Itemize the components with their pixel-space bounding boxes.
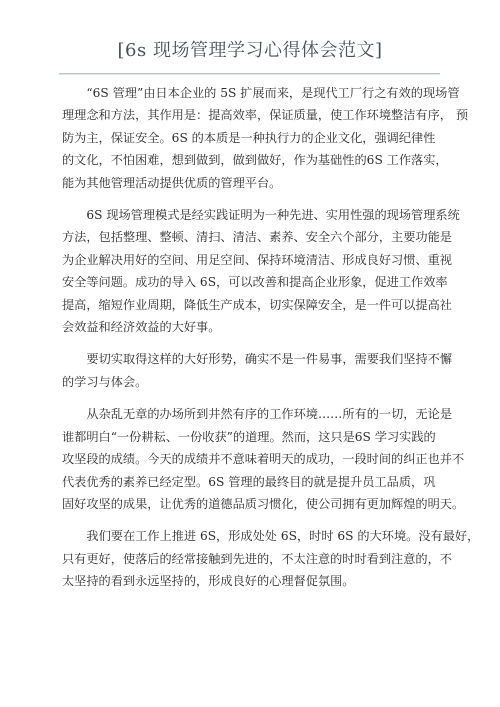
paragraph-line: 理理念和方法，其作用是：提高效率，保证质量，使工作环境整洁有序， 预 [62, 104, 462, 126]
paragraph-1: “6S 管理”由日本企业的 5S 扩展而来，是现代工厂行之有效的现场管 理理念和… [62, 82, 462, 194]
paragraph-line: “6S 管理”由日本企业的 5S 扩展而来，是现代工厂行之有效的现场管 [62, 82, 462, 104]
paragraph-line: 的学习与体会。 [62, 371, 462, 393]
paragraph-2: 6S 现场管理模式是经实践证明为一种先进、实用性强的现场管理系统 方法，包括整理… [62, 204, 462, 338]
paragraph-4: 从杂乱无章的办场所到井然有序的工作环境……所有的一切，无论是 谁都明白“一份耕耘… [62, 403, 462, 515]
paragraph-3: 要切实取得这样的大好形势，确实不是一件易事，需要我们坚持不懈 的学习与体会。 [62, 348, 462, 393]
paragraph-line: 固好攻坚的成果，让优秀的道德品质习惯化，使公司拥有更加辉煌的明天。 [62, 493, 462, 515]
title-divider [59, 73, 440, 74]
paragraph-line: 方法，包括整理、整顿、清扫、清洁、素养、安全六个部分，主要功能是 [62, 226, 462, 248]
document-page: [6s 现场管理学习心得体会范文] “6S 管理”由日本企业的 5S 扩展而来，… [0, 0, 500, 707]
paragraph-line: 太坚持的看到永远坚持的，形成良好的心理督促氛围。 [62, 570, 462, 592]
paragraph-line: 从杂乱无章的办场所到井然有序的工作环境……所有的一切，无论是 [62, 403, 462, 425]
paragraph-line: 安全等问题。成功的导入 6S，可以改善和提高企业形象，促进工作效率 [62, 271, 462, 293]
paragraph-line: 会效益和经济效益的大好事。 [62, 316, 462, 338]
paragraph-line: 我们要在工作上推进 6S，形成处处 6S，时时 6S 的大环境。没有最好， [62, 525, 462, 547]
paragraph-line: 要切实取得这样的大好形势，确实不是一件易事，需要我们坚持不懈 [62, 348, 462, 370]
paragraph-line: 谁都明白“一份耕耘、一份收获”的道理。然而，这只是6S 学习实践的 [62, 426, 462, 448]
paragraph-line: 为企业解决用好的空间、用足空间、保持环境清洁、形成良好习惯、重视 [62, 249, 462, 271]
paragraph-line: 只有更好，使落后的经常接触到先进的，不太注意的时时看到注意的，不 [62, 548, 462, 570]
document-body: “6S 管理”由日本企业的 5S 扩展而来，是现代工厂行之有效的现场管 理理念和… [62, 82, 462, 603]
paragraph-line: 提高，缩短作业周期，降低生产成本，切实保障安全，是一件可以提高社 [62, 294, 462, 316]
paragraph-line: 代表优秀的素养已经定型。6S 管理的最终目的就是提升员工品质，巩 [62, 471, 462, 493]
paragraph-line: 攻坚段的成绩。今天的成绩并不意味着明天的成功，一段时间的纠正也并不 [62, 448, 462, 470]
paragraph-line: 防为主，保证安全。6S 的本质是一种执行力的企业文化，强调纪律性 [62, 127, 462, 149]
paragraph-line: 能为其他管理活动提供优质的管理平台。 [62, 172, 462, 194]
document-title: [6s 现场管理学习心得体会范文] [0, 38, 500, 64]
paragraph-line: 6S 现场管理模式是经实践证明为一种先进、实用性强的现场管理系统 [62, 204, 462, 226]
paragraph-5: 我们要在工作上推进 6S，形成处处 6S，时时 6S 的大环境。没有最好， 只有… [62, 525, 462, 592]
paragraph-line: 的文化，不怕困难，想到做到，做到做好，作为基础性的6S 工作落实， [62, 149, 462, 171]
